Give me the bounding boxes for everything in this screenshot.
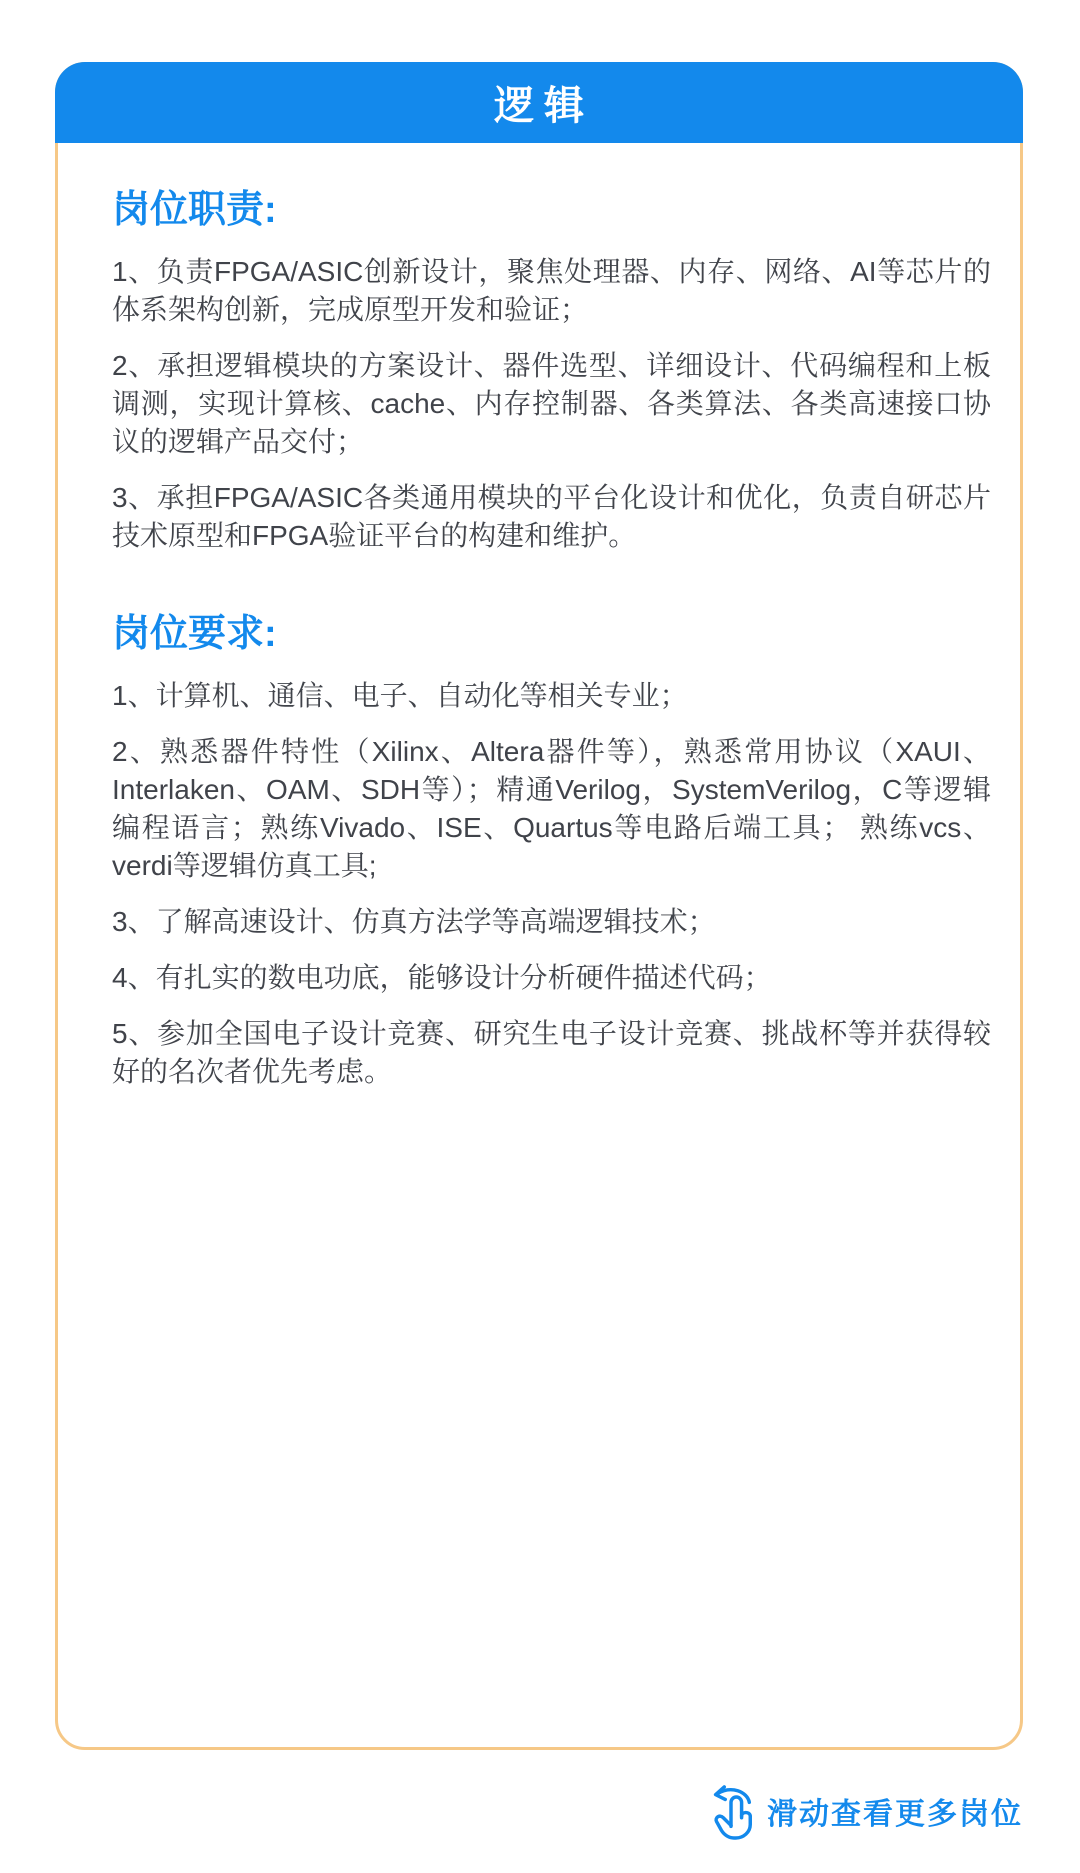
requirement-item: 1、计算机、通信、电子、自动化等相关专业； xyxy=(112,677,991,715)
card-header: 逻辑 xyxy=(55,62,1023,143)
section-heading-requirements: 岗位要求: xyxy=(112,611,991,657)
card-body: 岗位职责: 1、负责FPGA/ASIC创新设计，聚焦处理器、内存、网络、AI等芯… xyxy=(58,143,1020,1109)
responsibility-item: 2、承担逻辑模块的方案设计、器件选型、详细设计、代码编程和上板调测，实现计算核、… xyxy=(112,347,991,461)
job-title: 逻辑 xyxy=(484,74,594,131)
responsibility-item: 3、承担FPGA/ASIC各类通用模块的平台化设计和优化，负责自研芯片技术原型和… xyxy=(112,479,991,555)
requirement-item: 5、参加全国电子设计竞赛、研究生电子设计竞赛、挑战杯等并获得较好的名次者优先考虑… xyxy=(112,1015,991,1091)
requirement-item: 2、熟悉器件特性（Xilinx、Altera器件等），熟悉常用协议（XAUI、I… xyxy=(112,733,991,885)
swipe-hint-label: 滑动查看更多岗位 xyxy=(767,1789,1023,1833)
job-card: 逻辑 岗位职责: 1、负责FPGA/ASIC创新设计，聚焦处理器、内存、网络、A… xyxy=(55,62,1023,1750)
responsibility-item: 1、负责FPGA/ASIC创新设计，聚焦处理器、内存、网络、AI等芯片的体系架构… xyxy=(112,253,991,329)
swipe-hand-icon xyxy=(705,1782,757,1840)
requirement-item: 3、了解高速设计、仿真方法学等高端逻辑技术； xyxy=(112,903,991,941)
swipe-hint[interactable]: 滑动查看更多岗位 xyxy=(705,1782,1023,1840)
section-heading-responsibilities: 岗位职责: xyxy=(112,187,991,233)
requirement-item: 4、有扎实的数电功底，能够设计分析硬件描述代码； xyxy=(112,959,991,997)
